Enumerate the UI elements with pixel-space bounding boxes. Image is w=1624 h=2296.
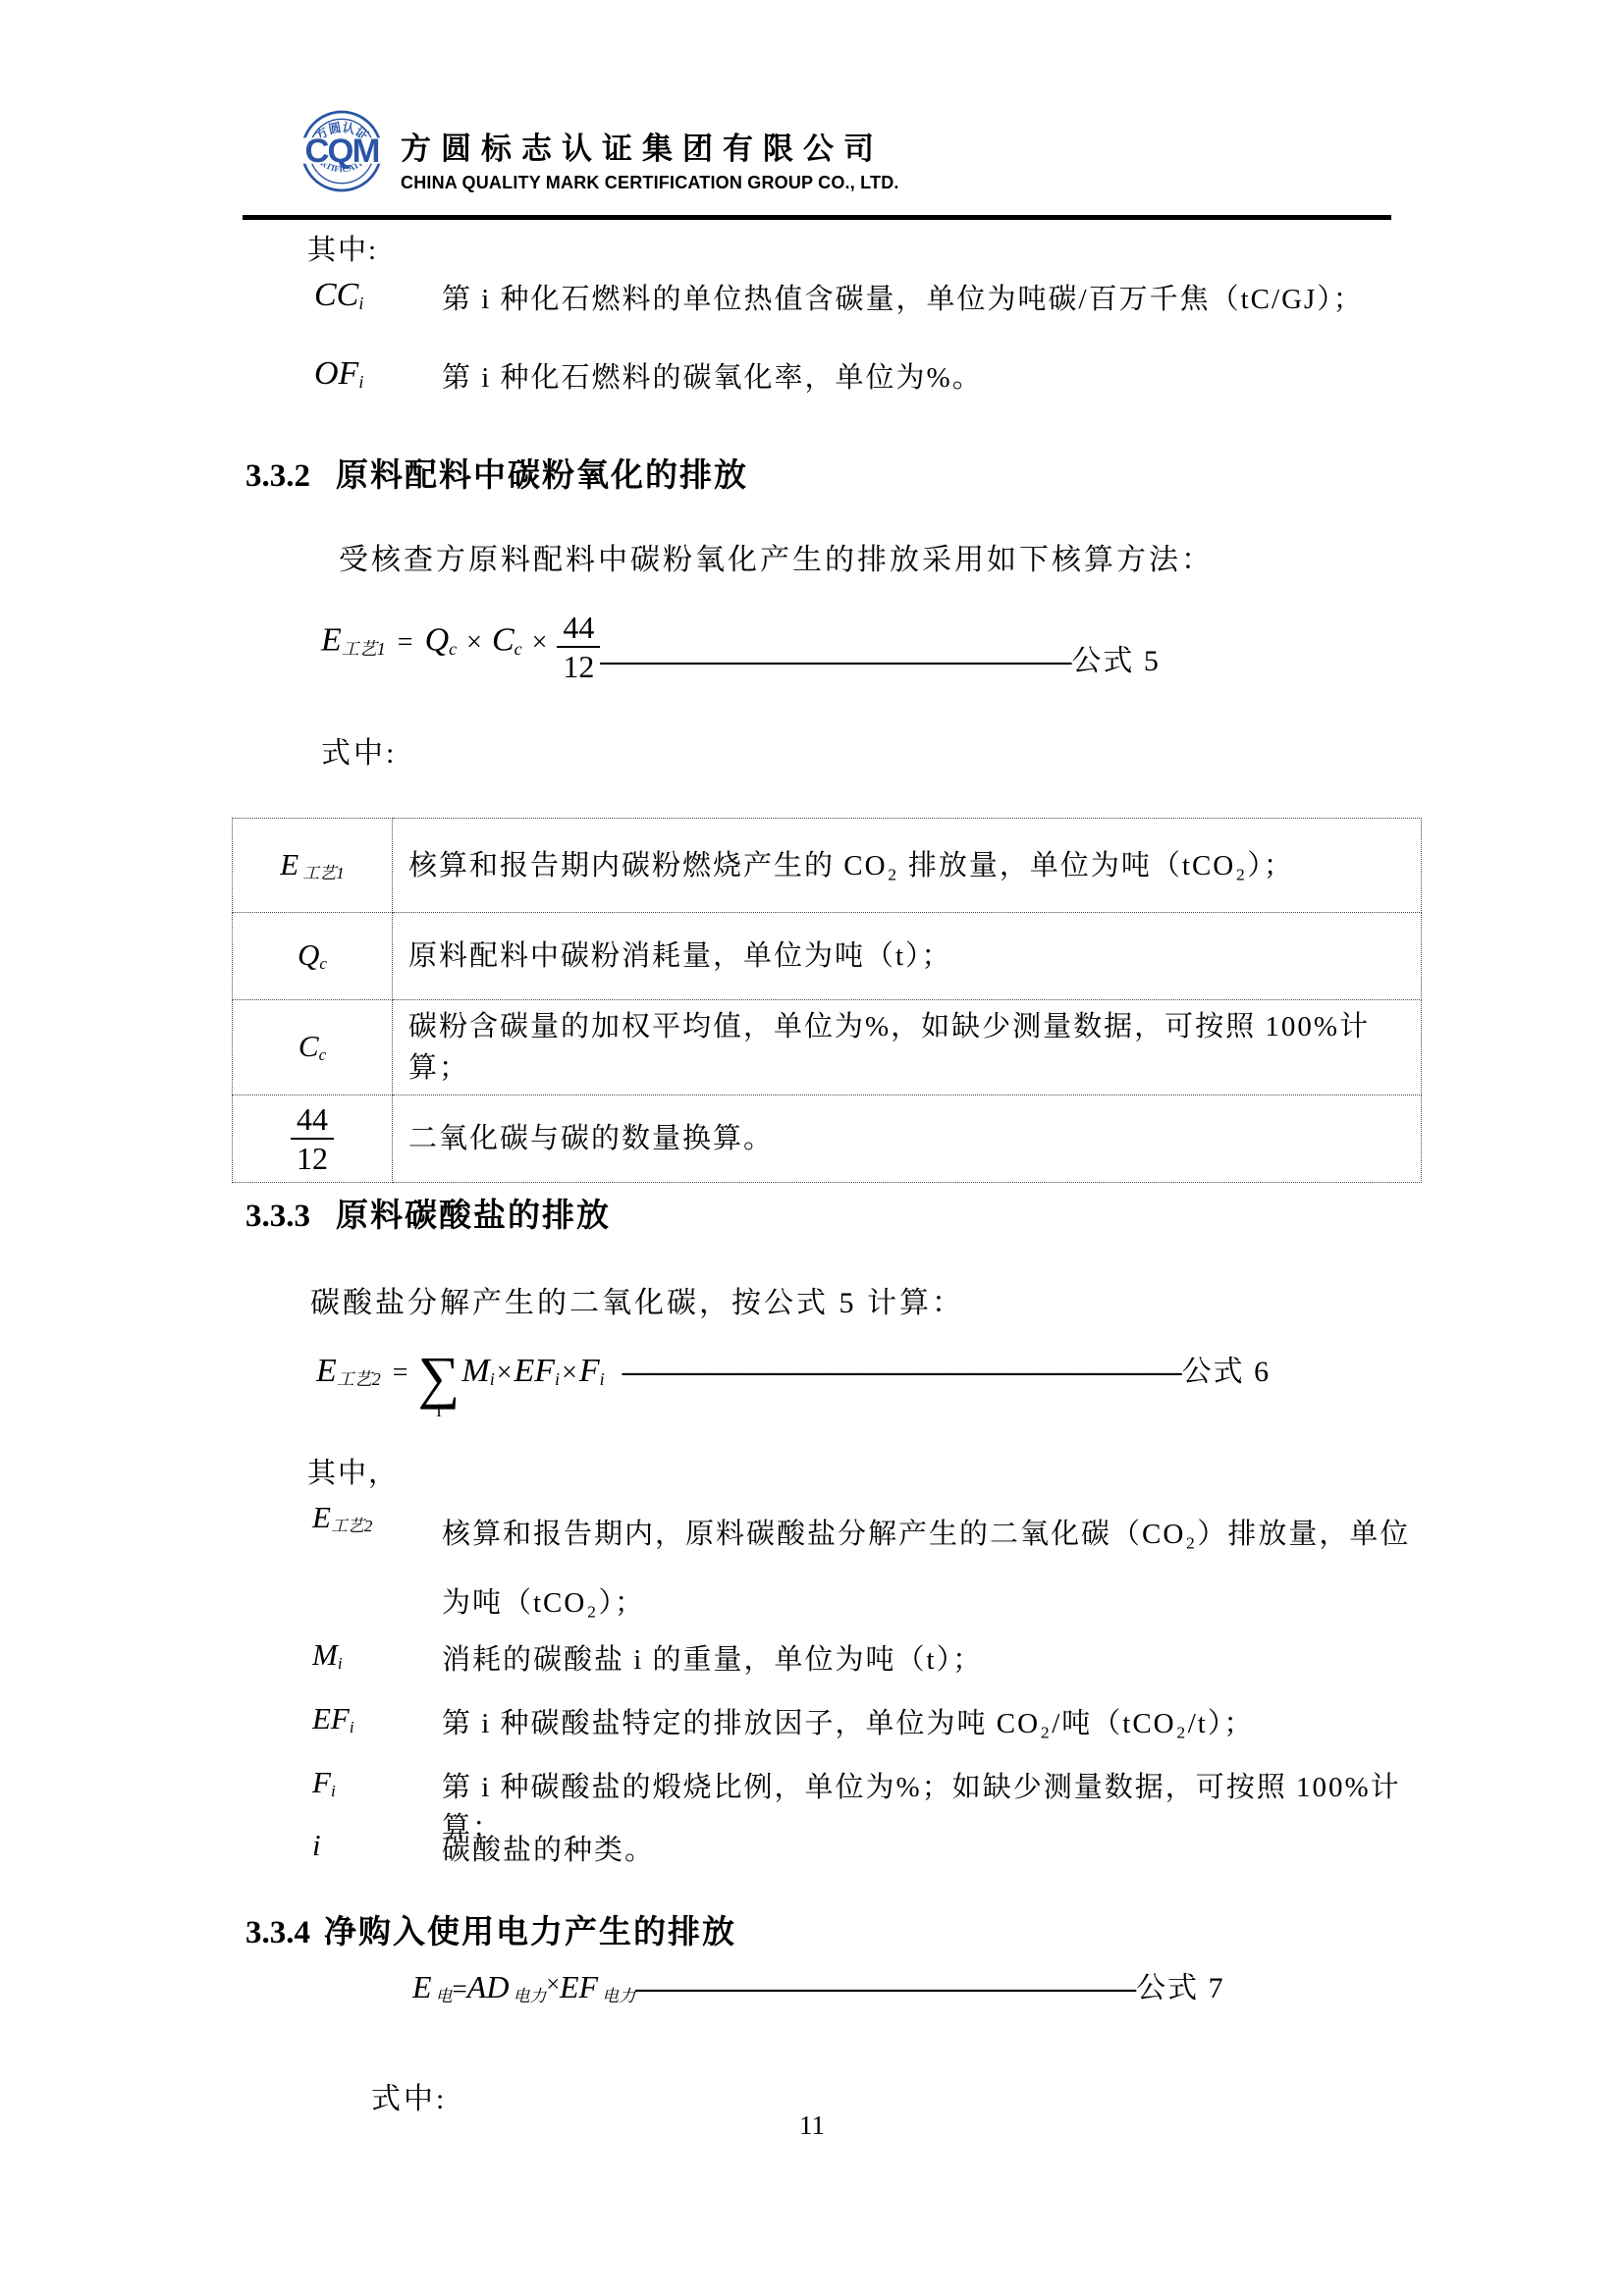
term-symbol: Mi (312, 1637, 442, 1674)
equation-leader-line: ————————————————— (635, 1972, 1136, 2004)
cqm-logo-graphic: 方圆认证 CERTIFICATION CQM (293, 108, 391, 194)
formula-var-sub: c (319, 955, 327, 974)
formula-var: E (321, 622, 342, 659)
fraction-44-12: 4412 (291, 1102, 334, 1175)
equation-label: 公式 5 (1071, 645, 1161, 677)
formula-var: AD (467, 1969, 510, 2004)
where-label-333: 其中， (307, 1451, 399, 1491)
document-page: 方圆认证 CERTIFICATION CQM 方圆标志认证集团有限公司 CHIN… (0, 0, 1624, 2296)
term-symbol-sub: i (358, 372, 363, 392)
table-row: E 工艺1 核算和报告期内碳粉燃烧产生的 CO₂ 排放量，单位为吨（tCO₂）； (233, 819, 1422, 913)
section-title: 原料配料中碳粉氧化的排放 (336, 456, 748, 493)
fraction-denominator: 12 (557, 648, 600, 683)
formula-5: E工艺1 = Qc × Cc × 4412————————————————公式 … (321, 611, 1161, 683)
page-number: 11 (0, 2110, 1624, 2141)
formula-var-sub: 工艺2 (337, 1369, 381, 1389)
variables-table: E 工艺1 核算和报告期内碳粉燃烧产生的 CO₂ 排放量，单位为吨（tCO₂）；… (232, 818, 1422, 1183)
header-rule (243, 215, 1391, 220)
formula-var-sub: i (490, 1369, 495, 1389)
times-sign: × (526, 627, 554, 658)
term-symbol: Fi (312, 1765, 442, 1801)
section-heading-334: 3.3.4净购入使用电力产生的排放 (245, 1906, 736, 1952)
term-symbol-main: CC (314, 277, 358, 313)
section-heading-333: 3.3.3原料碳酸盐的排放 (245, 1190, 611, 1236)
term-symbol: EFi (312, 1701, 442, 1737)
term-symbol-main: EF (312, 1701, 350, 1735)
term-symbol-main: i (312, 1828, 321, 1862)
section-title: 原料碳酸盐的排放 (336, 1197, 611, 1233)
term-desc: 第 i 种碳酸盐特定的排放因子，单位为吨 CO₂/吨（tCO₂/t）； (442, 1701, 1254, 1741)
equals-sign: = (390, 627, 421, 658)
formula-var: M (461, 1353, 489, 1389)
formula-var-sub: c (514, 639, 522, 659)
symbol-cell: Qc (233, 913, 393, 1000)
sum-symbol: ∑i (418, 1351, 460, 1419)
company-name-block: 方圆标志认证集团有限公司 CHINA QUALITY MARK CERTIFIC… (401, 124, 899, 193)
term-symbol-sub: i (331, 1782, 336, 1800)
section-number: 3.3.4 (245, 1915, 310, 1950)
equation-leader-line: ——————————————————— (623, 1356, 1182, 1388)
definition-cell: 二氧化碳与碳的数量换算。 (393, 1095, 1422, 1183)
term-symbol-main: F (312, 1765, 331, 1799)
equation-leader-line: ———————————————— (600, 645, 1071, 677)
formula-var: F (579, 1353, 600, 1389)
term-row-cci: CCi 第 i 种化石燃料的单位热值含碳量，单位为吨碳/百万千焦（tC/GJ）； (314, 277, 1424, 317)
term-symbol-sub: i (338, 1654, 343, 1673)
company-name-en: CHINA QUALITY MARK CERTIFICATION GROUP C… (401, 173, 899, 193)
times-sign: × (495, 1358, 514, 1388)
formula-var-sub: i (600, 1369, 605, 1389)
equals-sign: = (385, 1358, 416, 1388)
section-number: 3.3.2 (245, 458, 310, 494)
sigma-glyph: ∑ (418, 1351, 460, 1404)
term-row-ofi: OFi 第 i 种化石燃料的碳氧化率，单位为%。 (314, 355, 1424, 396)
formula-var-sub: 电 (436, 1987, 453, 2005)
formula-var: E (280, 847, 298, 881)
term-desc: 核算和报告期内，原料碳酸盐分解产生的二氧化碳（CO₂）排放量，单位为吨（tCO₂… (442, 1500, 1432, 1637)
symbol-cell: 4412 (233, 1095, 393, 1183)
formula-var-sub: 电力 (513, 1987, 546, 2005)
fraction-44-12: 4412 (557, 611, 600, 683)
fraction-numerator: 44 (557, 611, 600, 648)
formula-var: E (412, 1969, 432, 2004)
section-number: 3.3.3 (245, 1199, 310, 1234)
term-symbol-sub: i (358, 294, 363, 313)
term-desc: 第 i 种化石燃料的碳氧化率，单位为%。 (442, 355, 983, 396)
formula-var-sub: c (449, 639, 457, 659)
times-sign: × (560, 1358, 579, 1388)
equals-sign: = (453, 1974, 467, 2003)
term-symbol-sub: i (350, 1718, 354, 1736)
formula-var: C (492, 622, 514, 659)
equation-label: 公式 6 (1182, 1356, 1272, 1388)
formula-var: EF (514, 1353, 556, 1389)
term-symbol-sub: 工艺2 (331, 1517, 373, 1535)
definition-cell: 原料配料中碳粉消耗量，单位为吨（t）； (393, 913, 1422, 1000)
intro-where-label: 其中: (307, 228, 378, 268)
formula-var: Q (425, 622, 450, 659)
logo-acronym: CQM (304, 133, 378, 170)
times-sign: × (460, 627, 488, 658)
term-symbol: i (312, 1828, 442, 1863)
fraction-denominator: 12 (291, 1140, 334, 1175)
formula-var: C (298, 1029, 319, 1063)
term-symbol: E工艺2 (312, 1500, 442, 1536)
where-label-332: 式中: (321, 728, 397, 772)
def-row-mi: Mi 消耗的碳酸盐 i 的重量，单位为吨（t）； (312, 1637, 1432, 1678)
formula-var-sub: 电力 (602, 1987, 635, 2005)
section-title: 净购入使用电力产生的排放 (324, 1913, 736, 1949)
formula-var: EF (560, 1969, 598, 2004)
term-symbol-main: M (312, 1637, 338, 1672)
definition-cell: 碳粉含碳量的加权平均值，单位为%，如缺少测量数据，可按照 100%计算； (393, 1000, 1422, 1095)
formula-6: E工艺2 =∑iMi×EFi×Fi ———————————————————公式 … (316, 1347, 1271, 1419)
formula-var-sub: 工艺1 (302, 864, 345, 882)
definition-cell: 核算和报告期内碳粉燃烧产生的 CO₂ 排放量，单位为吨（tCO₂）； (393, 819, 1422, 913)
table-row: Cc 碳粉含碳量的加权平均值，单位为%，如缺少测量数据，可按照 100%计算； (233, 1000, 1422, 1095)
times-sign: × (546, 1972, 560, 1998)
term-desc: 第 i 种化石燃料的单位热值含碳量，单位为吨碳/百万千焦（tC/GJ）； (442, 277, 1364, 317)
term-symbol: CCi (314, 277, 442, 314)
company-name-cn: 方圆标志认证集团有限公司 (401, 124, 899, 168)
formula-7: E 电=AD 电力×EF 电力—————————————————公式 7 (412, 1963, 1225, 2006)
formula-var: E (316, 1353, 337, 1389)
table-row: Qc 原料配料中碳粉消耗量，单位为吨（t）； (233, 913, 1422, 1000)
formula-var-sub: 工艺1 (342, 639, 386, 659)
term-desc: 消耗的碳酸盐 i 的重量，单位为吨（t）； (442, 1637, 983, 1678)
term-symbol-main: E (312, 1500, 331, 1534)
paragraph-332: 受核查方原料配料中碳粉氧化产生的排放采用如下核算方法： (339, 535, 1429, 578)
table-row: 4412 二氧化碳与碳的数量换算。 (233, 1095, 1422, 1183)
formula-var: Q (298, 937, 319, 972)
def-row-efi: EFi 第 i 种碳酸盐特定的排放因子，单位为吨 CO₂/吨（tCO₂/t）； (312, 1701, 1432, 1741)
paragraph-333: 碳酸盐分解产生的二氧化碳，按公式 5 计算： (310, 1278, 1430, 1321)
term-desc: 碳酸盐的种类。 (442, 1828, 655, 1868)
def-row-i: i 碳酸盐的种类。 (312, 1828, 1432, 1868)
formula-var-sub: c (319, 1046, 327, 1065)
section-heading-332: 3.3.2原料配料中碳粉氧化的排放 (245, 450, 748, 496)
fraction-numerator: 44 (291, 1102, 334, 1140)
cqm-logo: 方圆认证 CERTIFICATION CQM (293, 108, 391, 196)
term-symbol-main: OF (314, 355, 358, 392)
symbol-cell: Cc (233, 1000, 393, 1095)
term-symbol: OFi (314, 355, 442, 393)
symbol-cell: E 工艺1 (233, 819, 393, 913)
def-row-e2: E工艺2 核算和报告期内，原料碳酸盐分解产生的二氧化碳（CO₂）排放量，单位为吨… (312, 1500, 1432, 1637)
equation-label: 公式 7 (1136, 1972, 1225, 2004)
